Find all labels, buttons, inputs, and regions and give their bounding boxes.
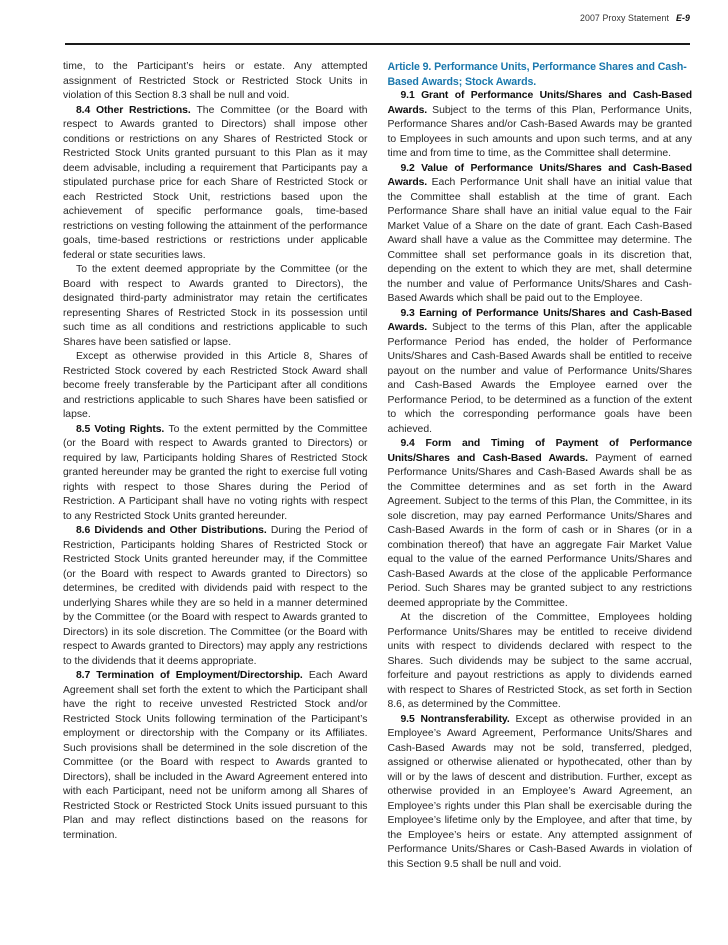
paragraph: 9.3 Earning of Performance Units/Shares … <box>388 307 693 438</box>
paragraph: 9.2 Value of Performance Units/Shares an… <box>388 162 693 307</box>
left-column: time, to the Participant’s heirs or esta… <box>63 60 368 872</box>
section-heading: 9.5 Nontransferability. <box>401 714 516 725</box>
paragraph: To the extent deemed appropriate by the … <box>63 263 368 350</box>
paragraph: 9.4 Form and Timing of Payment of Perfor… <box>388 437 693 611</box>
right-column: Article 9. Performance Units, Performanc… <box>388 60 693 872</box>
header-page-number: E-9 <box>676 13 690 23</box>
paragraph: 9.5 Nontransferability. Except as otherw… <box>388 713 693 873</box>
proxy-statement-page: 2007 Proxy StatementE-9 time, to the Par… <box>0 0 728 945</box>
article-heading: Article 9. Performance Units, Performanc… <box>388 60 693 89</box>
paragraph: 9.1 Grant of Performance Units/Shares an… <box>388 89 693 162</box>
header-rule <box>65 43 690 45</box>
paragraph: Except as otherwise provided in this Art… <box>63 350 368 423</box>
paragraph: 8.4 Other Restrictions. The Committee (o… <box>63 104 368 264</box>
paragraph: 8.5 Voting Rights. To the extent permitt… <box>63 423 368 525</box>
paragraph: 8.6 Dividends and Other Distributions. D… <box>63 524 368 669</box>
paragraph: time, to the Participant’s heirs or esta… <box>63 60 368 104</box>
page-content: time, to the Participant’s heirs or esta… <box>63 60 692 872</box>
section-heading: 9.4 Form and Timing of Payment of Perfor… <box>388 438 693 464</box>
page-header: 2007 Proxy StatementE-9 <box>580 13 690 23</box>
paragraph: 8.7 Termination of Employment/Directorsh… <box>63 669 368 843</box>
section-heading: 8.5 Voting Rights. <box>76 424 168 435</box>
section-heading: 8.6 Dividends and Other Distributions. <box>76 525 271 536</box>
section-heading: 9.3 Earning of Performance Units/Shares … <box>388 308 693 334</box>
section-heading: 9.1 Grant of Performance Units/Shares an… <box>388 90 693 116</box>
section-heading: 8.4 Other Restrictions. <box>76 105 196 116</box>
paragraph: At the discretion of the Committee, Empl… <box>388 611 693 713</box>
section-heading: 8.7 Termination of Employment/Directorsh… <box>76 670 309 681</box>
header-statement-label: 2007 Proxy Statement <box>580 13 669 23</box>
section-heading: 9.2 Value of Performance Units/Shares an… <box>388 163 693 189</box>
